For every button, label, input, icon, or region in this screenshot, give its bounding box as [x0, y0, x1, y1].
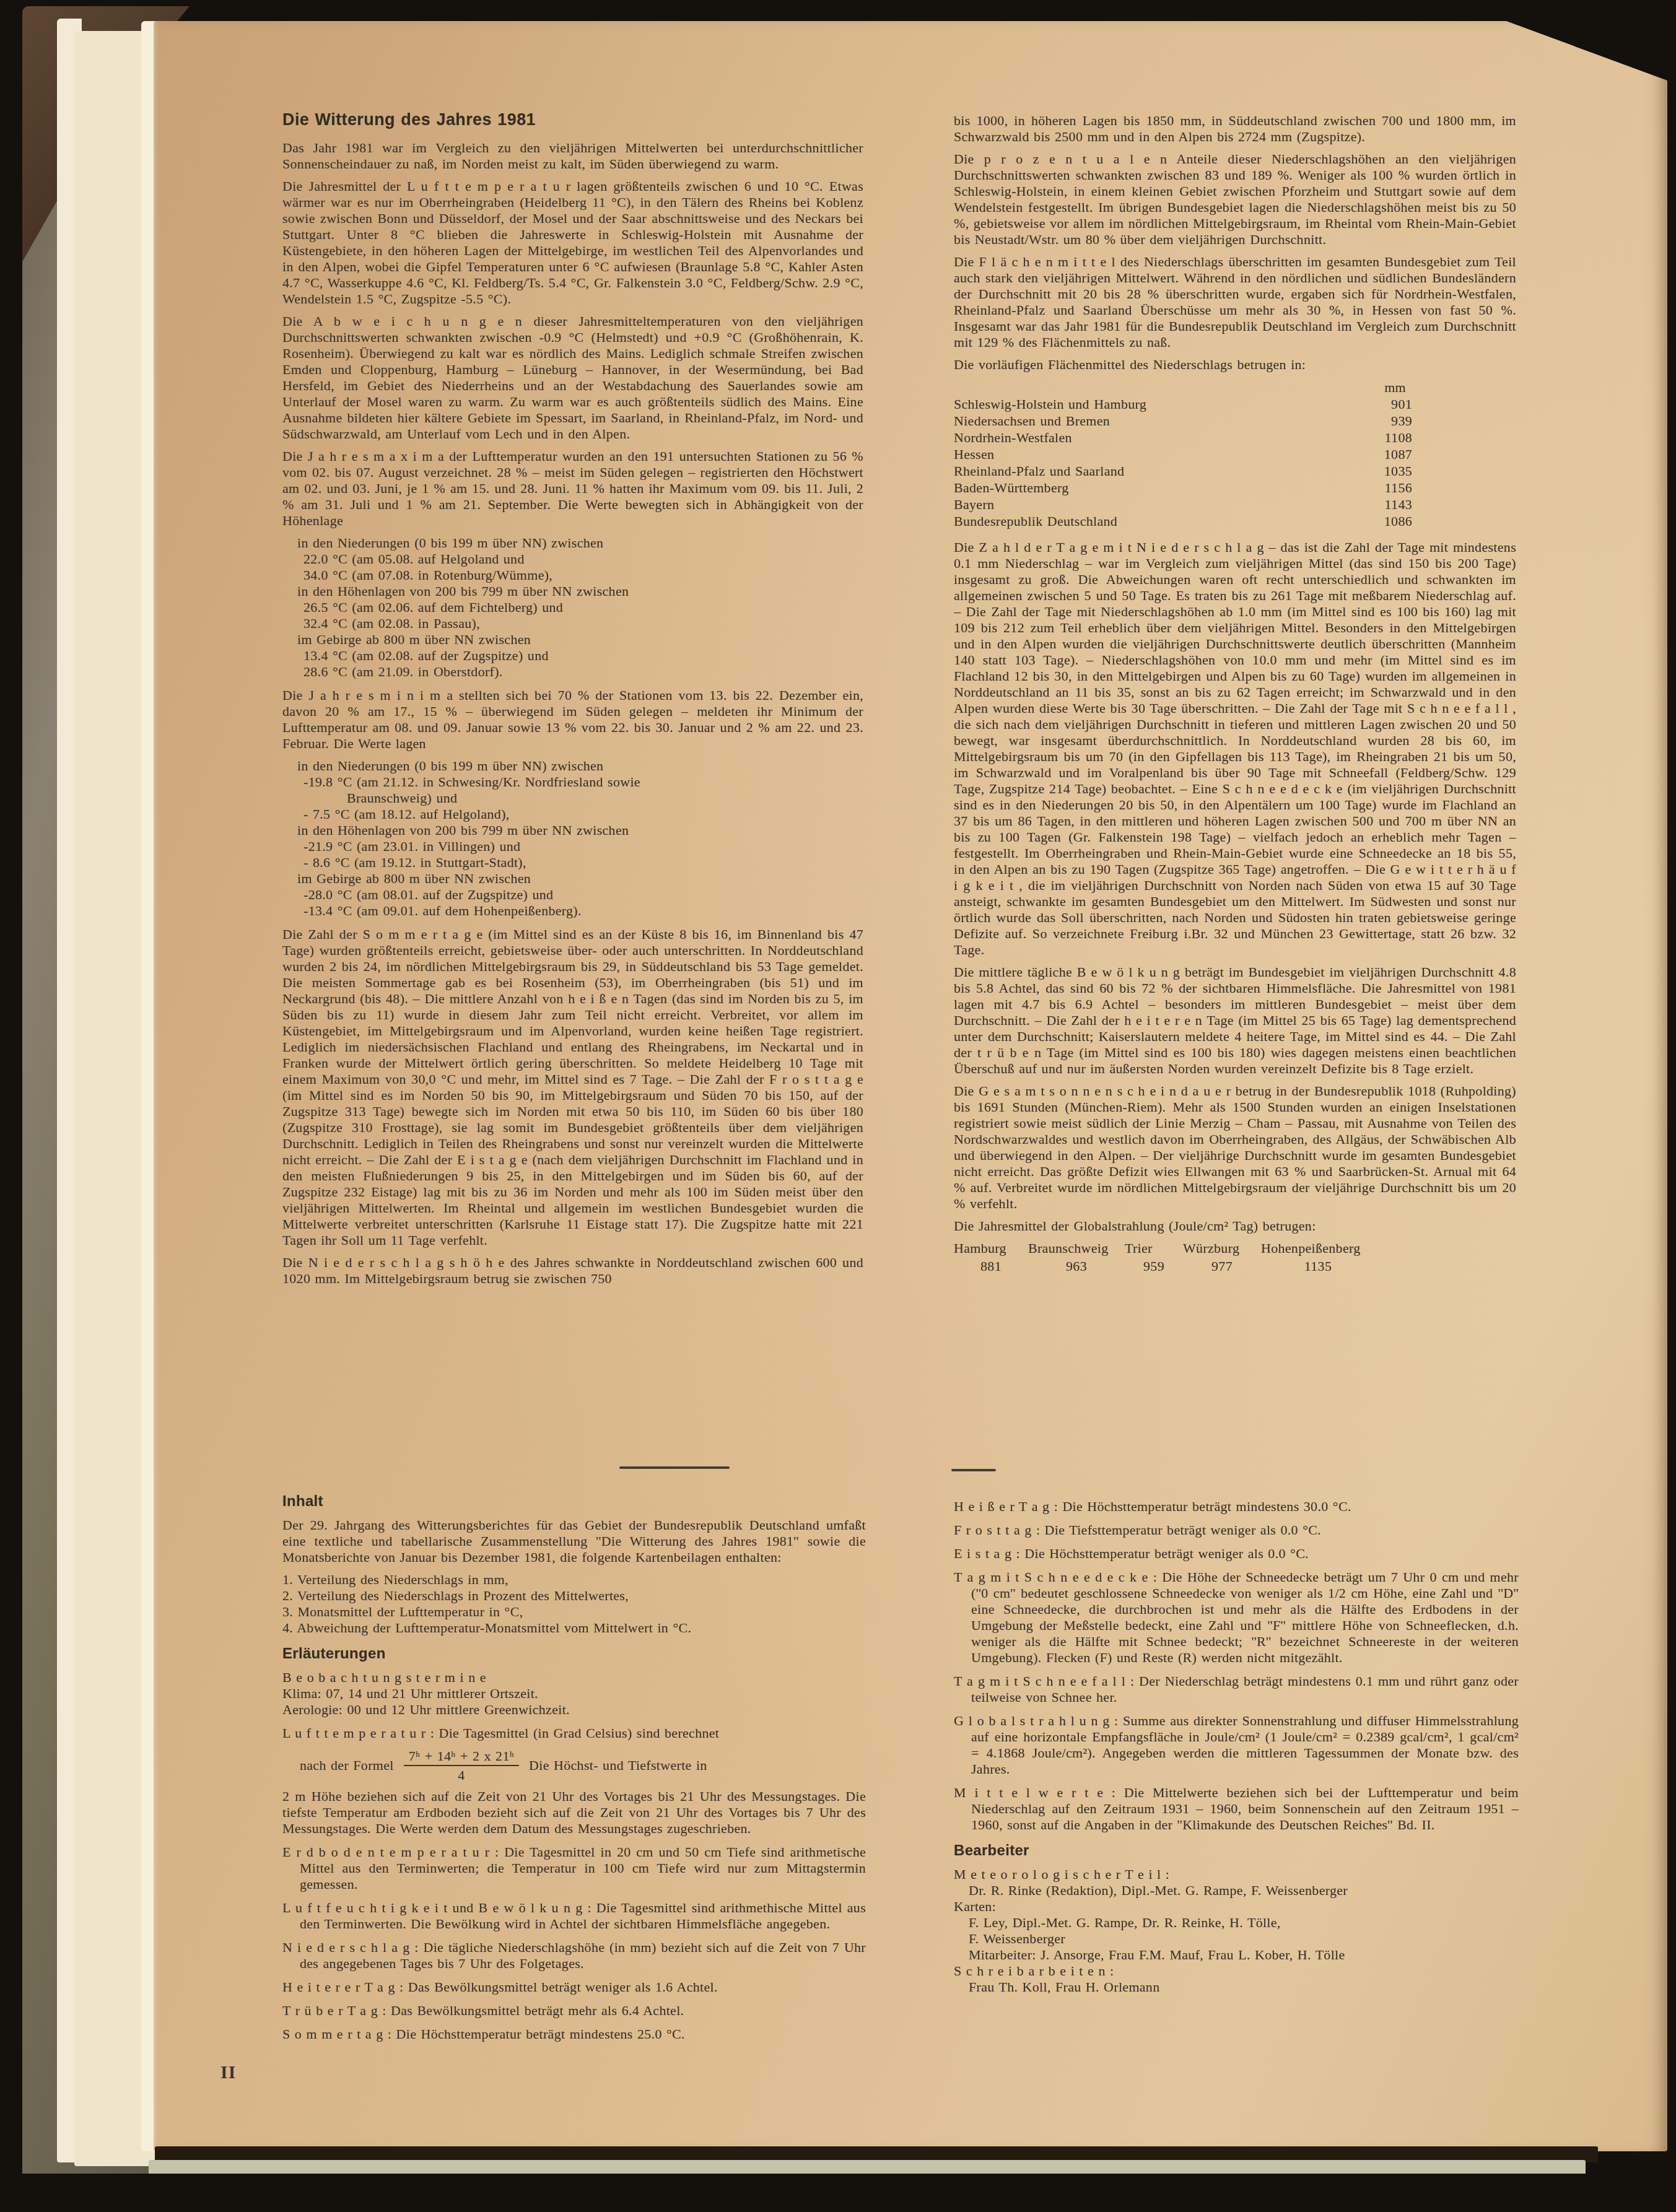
column-right-top: bis 1000, in höheren Lagen bis 1850 mm, … — [954, 113, 1516, 1473]
table-row: Hessen1087149 — [954, 446, 1516, 463]
text-line: -28.0 °C (am 08.01. auf der Zugspitze) u… — [282, 887, 863, 903]
mm-value: 1156 — [1294, 479, 1412, 496]
text-line: F. Weissenberger — [954, 1931, 1519, 1947]
percent-value: 131 — [1412, 429, 1516, 446]
percent-value: 149 — [1412, 446, 1516, 463]
mm-value: 1143 — [1294, 496, 1412, 513]
definition-item: L u f t t e m p e r a t u r : Die Tagesm… — [282, 1725, 866, 1741]
text-line: 28.6 °C (am 21.09. in Oberstdorf). — [282, 664, 863, 680]
scanned-page: Die Witterung des Jahres 1981Das Jahr 19… — [154, 21, 1667, 2151]
mm-value: 1087 — [1294, 446, 1412, 463]
region-label: Hessen — [954, 446, 1294, 463]
paragraph: Die p r o z e n t u a l e n Anteile dies… — [954, 151, 1516, 248]
precipitation-table: mm%Schleswig-Holstein und Hamburg901120N… — [954, 379, 1516, 529]
formula-numerator: 7ʰ + 14ʰ + 2 x 21ʰ — [404, 1749, 519, 1766]
station-name: Braunschweig — [1028, 1240, 1125, 1256]
text-line: Frau Th. Koll, Frau H. Orlemann — [954, 1979, 1519, 1995]
paragraph: Die Jahresmittel der L u f t t e m p e r… — [282, 178, 863, 307]
text-line: Braunschweig) und — [282, 790, 863, 806]
column-left-bottom: InhaltDer 29. Jahrgang des Witterungsber… — [282, 1484, 866, 2109]
text-line: 4. Abweichung der Lufttemperatur-Monatsm… — [282, 1620, 866, 1636]
region-label: Rheinland-Pfalz und Saarland — [954, 463, 1294, 479]
paragraph: Die Jahresmittel der Globalstrahlung (Jo… — [954, 1218, 1516, 1234]
text-line: - 8.6 °C (am 19.12. in Stuttgart-Stadt), — [282, 855, 863, 871]
column-header-percent: % — [1412, 379, 1516, 396]
text-line: -13.4 °C (am 09.01. auf dem Hohenpeißenb… — [282, 903, 863, 919]
definition-item: N i e d e r s c h l a g : Die tägliche N… — [282, 1940, 866, 1972]
paragraph: Die A b w e i c h u n g e n dieser Jahre… — [282, 313, 863, 442]
percent-value: 124 — [1412, 496, 1516, 513]
text-line: im Gebirge ab 800 m über NN zwischen — [282, 632, 863, 648]
text-line: 26.5 °C (am 02.06. auf dem Fichtelberg) … — [282, 599, 863, 616]
page-title: Die Witterung des Jahres 1981 — [282, 111, 863, 128]
station-name: Würzburg — [1183, 1240, 1261, 1256]
table-row: Rheinland-Pfalz und Saarland1035138 — [954, 463, 1516, 479]
paragraph: Der 29. Jahrgang des Witterungsberichtes… — [282, 1517, 866, 1565]
table-header-spacer — [954, 379, 1294, 396]
text-line: - 7.5 °C (am 18.12. auf Helgoland), — [282, 806, 863, 822]
paragraph-continuation: 2 m Höhe beziehen sich auf die Zeit von … — [282, 1788, 866, 1837]
text-line: 32.4 °C (am 02.08. in Passau), — [282, 616, 863, 632]
region-label: Bayern — [954, 496, 1294, 513]
section-heading: Erläuterungen — [282, 1646, 866, 1662]
definition-item: H e i ß e r T a g : Die Höchsttemperatur… — [954, 1499, 1519, 1515]
definition-item: F r o s t t a g : Die Tiefsttemperatur b… — [954, 1522, 1519, 1538]
column-left-top: Die Witterung des Jahres 1981Das Jahr 19… — [282, 111, 863, 1461]
text-line: Karten: — [954, 1899, 1519, 1915]
percent-value: 128 — [1412, 412, 1516, 429]
text-line: 34.0 °C (am 07.08. in Rotenburg/Wümme), — [282, 567, 863, 583]
paragraph: Die vorläufigen Flächenmittel des Nieder… — [954, 357, 1516, 373]
definition-item: T a g m i t S c h n e e f a l l : Der Ni… — [954, 1673, 1519, 1705]
paragraph: Die J a h r e s m a x i m a der Lufttemp… — [282, 448, 863, 529]
paragraph: bis 1000, in höheren Lagen bis 1850 mm, … — [954, 113, 1516, 145]
text-line: 13.4 °C (am 02.08. auf der Zugspitze) un… — [282, 648, 863, 664]
radiation-value: 1135 — [1261, 1258, 1375, 1274]
text-line: Mitarbeiter: J. Ansorge, Frau F.M. Mauf,… — [954, 1947, 1519, 1963]
definition-item: S o m m e r t a g : Die Höchsttemperatur… — [282, 2026, 866, 2042]
text-line: 3. Monatsmittel der Lufttemperatur in °C… — [282, 1604, 866, 1620]
region-label: Nordrhein-Westfalen — [954, 429, 1294, 446]
radiation-value: 977 — [1183, 1258, 1261, 1274]
scanned-document: { "window": { "page_number": "II" }, "ar… — [0, 0, 1676, 2212]
paragraph: Das Jahr 1981 war im Vergleich zu den vi… — [282, 140, 863, 172]
definition-item: E i s t a g : Die Höchsttemperatur beträ… — [954, 1546, 1519, 1562]
definition-item: L u f t f e u c h t i g k e i t und B e … — [282, 1900, 866, 1932]
text-line: Klima: 07, 14 und 21 Uhr mittlerer Ortsz… — [282, 1686, 866, 1702]
definition-item: H e i t e r e r T a g : Das Bewölkungsmi… — [282, 1979, 866, 1995]
mm-value: 1035 — [1294, 463, 1412, 479]
paragraph: Die Z a h l d e r T a g e m i t N i e d … — [954, 539, 1516, 958]
table-row: Baden-Württemberg1156124 — [954, 479, 1516, 496]
column-header-mm: mm — [1294, 379, 1412, 396]
text-line: -19.8 °C (am 21.12. in Schwesing/Kr. Nor… — [282, 774, 863, 790]
text-line: 2. Verteilung des Niederschlags in Proze… — [282, 1588, 866, 1604]
region-label: Niedersachsen und Bremen — [954, 412, 1294, 429]
radiation-table: HamburgBraunschweigTrierWürzburgHohenpei… — [954, 1240, 1375, 1274]
table-row: Bundesrepublik Deutschland1086129 — [954, 513, 1516, 529]
section-heading: Inhalt — [282, 1494, 866, 1510]
region-label: Baden-Württemberg — [954, 479, 1294, 496]
percent-value: 120 — [1412, 396, 1516, 412]
paragraph: Die Zahl der S o m m e r t a g e (im Mit… — [282, 926, 863, 1248]
text-line: in den Höhenlagen von 200 bis 799 m über… — [282, 822, 863, 838]
text-line: im Gebirge ab 800 m über NN zwischen — [282, 871, 863, 887]
percent-value: 129 — [1412, 513, 1516, 529]
formula-pre-text: nach der Formel — [300, 1757, 394, 1774]
text-line: in den Höhenlagen von 200 bis 799 m über… — [282, 583, 863, 599]
table-row: Bayern1143124 — [954, 496, 1516, 513]
region-label: Schleswig-Holstein und Hamburg — [954, 396, 1294, 412]
mm-value: 901 — [1294, 396, 1412, 412]
text-line: Aerologie: 00 und 12 Uhr mittlere Greenw… — [282, 1702, 866, 1718]
station-name: Hohenpeißenberg — [1261, 1240, 1375, 1256]
radiation-value: 959 — [1125, 1258, 1183, 1274]
temperature-formula: nach der Formel7ʰ + 14ʰ + 2 x 21ʰ4Die Hö… — [282, 1749, 866, 1782]
section-heading: Bearbeiter — [954, 1843, 1519, 1859]
station-name: Trier — [1125, 1240, 1183, 1256]
text-line: 1. Verteilung des Niederschlags in mm, — [282, 1572, 866, 1588]
definition-item: T a g m i t S c h n e e d e c k e : Die … — [954, 1569, 1519, 1666]
station-name: Hamburg — [954, 1240, 1028, 1256]
section-divider-rule — [619, 1466, 730, 1469]
paragraph: Die G e s a m t s o n n e n s c h e i n … — [954, 1083, 1516, 1212]
definition-item: M i t t e l w e r t e : Die Mittelwerte … — [954, 1785, 1519, 1833]
radiation-value: 881 — [954, 1258, 1028, 1274]
table-row: Niedersachsen und Bremen939128 — [954, 412, 1516, 429]
table-row: Nordrhein-Westfalen1108131 — [954, 429, 1516, 446]
column-right-bottom: H e i ß e r T a g : Die Höchsttemperatur… — [954, 1499, 1519, 2118]
text-line: 22.0 °C (am 05.08. auf Helgoland und — [282, 551, 863, 567]
text-line: M e t e o r o l o g i s c h e r T e i l … — [954, 1866, 1519, 1883]
definition-item: T r ü b e r T a g : Das Bewölkungsmittel… — [282, 2003, 866, 2019]
formula-fraction: 7ʰ + 14ʰ + 2 x 21ʰ4 — [404, 1749, 519, 1782]
paragraph: Die mittlere tägliche B e w ö l k u n g … — [954, 964, 1516, 1077]
formula-denominator: 4 — [458, 1766, 465, 1782]
mm-value: 1086 — [1294, 513, 1412, 529]
text-line: S c h r e i b a r b e i t e n : — [954, 1963, 1519, 1979]
table-row: Schleswig-Holstein und Hamburg901120 — [954, 396, 1516, 412]
definition-item: G l o b a l s t r a h l u n g : Summe au… — [954, 1713, 1519, 1777]
mm-value: 1108 — [1294, 429, 1412, 446]
definition-item: E r d b o d e n t e m p e r a t u r : Di… — [282, 1844, 866, 1892]
scanner-background — [0, 2174, 1676, 2212]
table-header-row: mm% — [954, 379, 1516, 396]
text-line: in den Niederungen (0 bis 199 m über NN)… — [282, 535, 863, 551]
section-divider-rule — [951, 1469, 996, 1471]
percent-value: 124 — [1412, 479, 1516, 496]
page-number: II — [220, 2062, 236, 2083]
region-label: Bundesrepublik Deutschland — [954, 513, 1294, 529]
text-line: F. Ley, Dipl.-Met. G. Rampe, Dr. R. Rein… — [954, 1915, 1519, 1931]
percent-value: 138 — [1412, 463, 1516, 479]
text-line: Dr. R. Rinke (Redaktion), Dipl.-Met. G. … — [954, 1883, 1519, 1899]
paragraph: Die J a h r e s m i n i m a stellten sic… — [282, 687, 863, 752]
radiation-value: 963 — [1028, 1258, 1125, 1274]
text-line: B e o b a c h t u n g s t e r m i n e — [282, 1670, 866, 1686]
text-line: -21.9 °C (am 23.01. in Villingen) und — [282, 838, 863, 855]
mm-value: 939 — [1294, 412, 1412, 429]
page-corner-shadow — [1506, 21, 1667, 81]
paragraph: Die N i e d e r s c h l a g s h ö h e de… — [282, 1255, 863, 1287]
formula-post-text: Die Höchst- und Tiefstwerte in — [529, 1757, 707, 1774]
text-line: in den Niederungen (0 bis 199 m über NN)… — [282, 758, 863, 774]
paragraph: Die F l ä c h e n m i t t e l des Nieder… — [954, 254, 1516, 351]
